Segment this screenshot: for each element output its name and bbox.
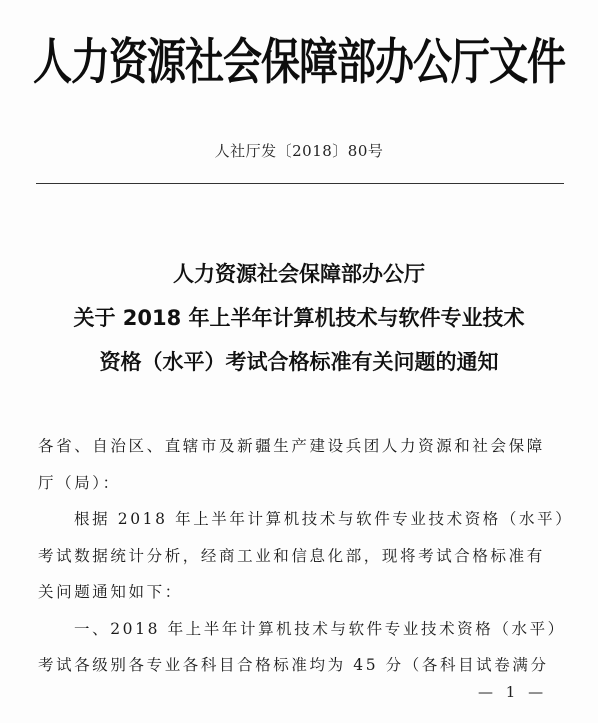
notice-title-line-3: 资格（水平）考试合格标准有关问题的通知 bbox=[0, 340, 598, 384]
notice-title: 人力资源社会保障部办公厅 关于 2018 年上半年计算机技术与软件专业技术 资格… bbox=[0, 252, 598, 384]
paragraph-1-line-2: 考试数据统计分析，经商工业和信息化部，现将考试合格标准有 bbox=[38, 538, 568, 575]
paragraph-2-line-2: 考试各级别各专业各科目合格标准均为 45 分（各科目试卷满分 bbox=[38, 647, 568, 684]
paragraph-1-line-3: 关问题通知如下： bbox=[38, 574, 568, 611]
header-separator-line bbox=[36, 183, 564, 184]
addressee-line-1: 各省、自治区、直辖市及新疆生产建设兵团人力资源和社会保障 bbox=[38, 428, 568, 465]
addressee-line-2: 厅（局）： bbox=[38, 465, 568, 502]
paragraph-2-line-1: 一、2018 年上半年计算机技术与软件专业技术资格（水平） bbox=[38, 611, 568, 648]
notice-title-line-2: 关于 2018 年上半年计算机技术与软件专业技术 bbox=[0, 296, 598, 340]
notice-title-line-1: 人力资源社会保障部办公厅 bbox=[0, 252, 598, 296]
document-number: 人社厅发〔2018〕80号 bbox=[0, 140, 598, 161]
document-page: 人力资源社会保障部办公厅文件 人社厅发〔2018〕80号 人力资源社会保障部办公… bbox=[0, 0, 598, 723]
paragraph-1-line-1: 根据 2018 年上半年计算机技术与软件专业技术资格（水平） bbox=[38, 501, 568, 538]
page-number: — 1 — bbox=[478, 683, 547, 701]
document-header-title: 人力资源社会保障部办公厅文件 bbox=[0, 26, 598, 101]
document-body: 各省、自治区、直辖市及新疆生产建设兵团人力资源和社会保障 厅（局）： 根据 20… bbox=[38, 428, 568, 684]
